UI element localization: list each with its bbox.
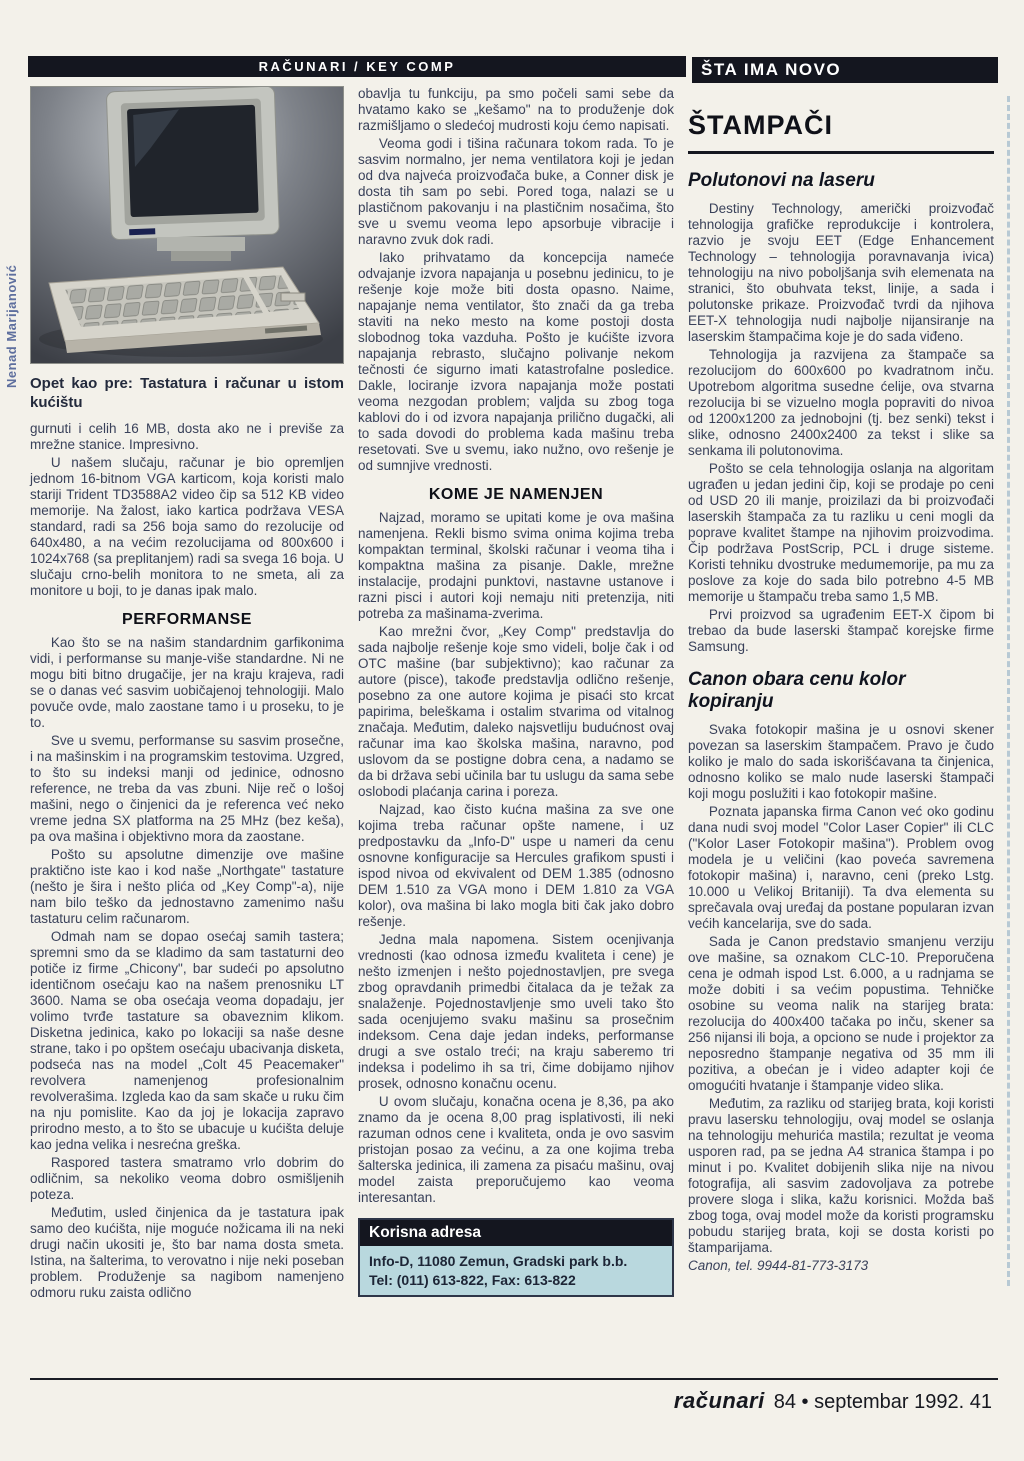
- paragraph: Međutim, usled činjenica da je tastatura…: [30, 1205, 344, 1301]
- contact-line: Canon, tel. 9944-81-773-3173: [688, 1258, 994, 1274]
- useful-address-title: Korisna adresa: [360, 1220, 672, 1246]
- paragraph: Najzad, kao čisto kućna mašina za sve on…: [358, 802, 674, 930]
- article-columns: Opet kao pre: Tastatura i računar u isto…: [30, 86, 994, 1303]
- paragraph: Međutim, za razliku od starijeg brata, k…: [688, 1096, 994, 1256]
- magazine-logo: računari: [674, 1388, 765, 1414]
- footer-rule: [30, 1378, 998, 1380]
- column-right: ŠTAMPAČI Polutonovi na laseru Destiny Te…: [688, 86, 994, 1303]
- paragraph: obavlja tu funkciju, pa smo počeli sami …: [358, 86, 674, 134]
- paragraph: Odmah nam se dopao osećaj samih tastera;…: [30, 929, 344, 1153]
- paragraph: Veoma godi i tišina računara tokom rada.…: [358, 136, 674, 248]
- address-line: Info-D, 11080 Zemun, Gradski park b.b.: [369, 1252, 663, 1271]
- paragraph: Destiny Technology, američki proizvođač …: [688, 201, 994, 345]
- paragraph: gurnuti i celih 16 MB, dosta ako ne i pr…: [30, 421, 344, 453]
- paragraph: Sada je Canon predstavio smanjenu verzij…: [688, 934, 994, 1094]
- page-edge-marks: [1007, 96, 1010, 1286]
- heading-polutonovi: Polutonovi na laseru: [688, 170, 994, 192]
- column-middle: obavlja tu funkciju, pa smo počeli sami …: [358, 86, 674, 1303]
- news-header-bar: ŠTA IMA NOVO: [692, 57, 998, 83]
- paragraph: Poznata japanska firma Canon već oko god…: [688, 804, 994, 932]
- news-header-label: ŠTA IMA NOVO: [701, 60, 841, 80]
- section-header-label: RAČUNARI / KEY COMP: [259, 59, 456, 74]
- paragraph: Najzad, moramo se upitati kome je ova ma…: [358, 510, 674, 622]
- issue-date-page: 84 • septembar 1992. 41: [774, 1391, 992, 1414]
- paragraph: Pošto se cela tehnologija oslanja na alg…: [688, 461, 994, 605]
- photo-credit: Nenad Marijanović: [4, 218, 19, 388]
- phone-line: Tel: (011) 613-822, Fax: 613-822: [369, 1271, 663, 1290]
- paragraph: Svaka fotokopir mašina je u osnovi skene…: [688, 722, 994, 802]
- paragraph: Tehnologija ja razvijena za štampače sa …: [688, 347, 994, 459]
- useful-address-body: Info-D, 11080 Zemun, Gradski park b.b. T…: [360, 1246, 672, 1295]
- paragraph: Iako prihvatamo da koncepcija nameće odv…: [358, 250, 674, 474]
- heading-canon: Canon obara cenu kolor kopiranju: [688, 669, 994, 713]
- useful-address-box: Korisna adresa Info-D, 11080 Zemun, Grad…: [358, 1218, 674, 1297]
- page-title: ŠTAMPAČI: [688, 110, 994, 141]
- column-left: Opet kao pre: Tastatura i računar u isto…: [30, 86, 344, 1303]
- heading-kome-je-namenjen: KOME JE NAMENJEN: [358, 486, 674, 504]
- title-rule: [688, 151, 994, 154]
- computer-photo: [30, 86, 344, 364]
- paragraph: Kao mrežni čvor, „Key Comp" predstavlja …: [358, 624, 674, 800]
- magazine-page: RAČUNARI / KEY COMP ŠTA IMA NOVO Nenad M…: [0, 0, 1024, 1461]
- photo-caption: Opet kao pre: Tastatura i računar u isto…: [30, 374, 344, 412]
- computer-photo-illustration: [31, 87, 343, 363]
- paragraph: Jedna mala napomena. Sistem ocenjivanja …: [358, 932, 674, 1092]
- paragraph: Pošto su apsolutne dimenzije ove mašine …: [30, 847, 344, 927]
- section-header-bar: RAČUNARI / KEY COMP: [28, 56, 686, 77]
- paragraph: Sve u svemu, performanse su sasvim prose…: [30, 733, 344, 845]
- paragraph: Raspored tastera smatramo vrlo dobrim do…: [30, 1155, 344, 1203]
- paragraph: Kao što se na našim standardnim garfikon…: [30, 635, 344, 731]
- paragraph: U ovom slučaju, konačna ocena je 8,36, p…: [358, 1094, 674, 1206]
- page-footer: računari 84 • septembar 1992. 41: [674, 1388, 992, 1414]
- paragraph: Prvi proizvod sa ugrađenim EET-X čipom b…: [688, 607, 994, 655]
- paragraph: U našem slučaju, računar je bio opremlje…: [30, 455, 344, 599]
- monitor: [106, 87, 279, 240]
- heading-performanse: PERFORMANSE: [30, 611, 344, 629]
